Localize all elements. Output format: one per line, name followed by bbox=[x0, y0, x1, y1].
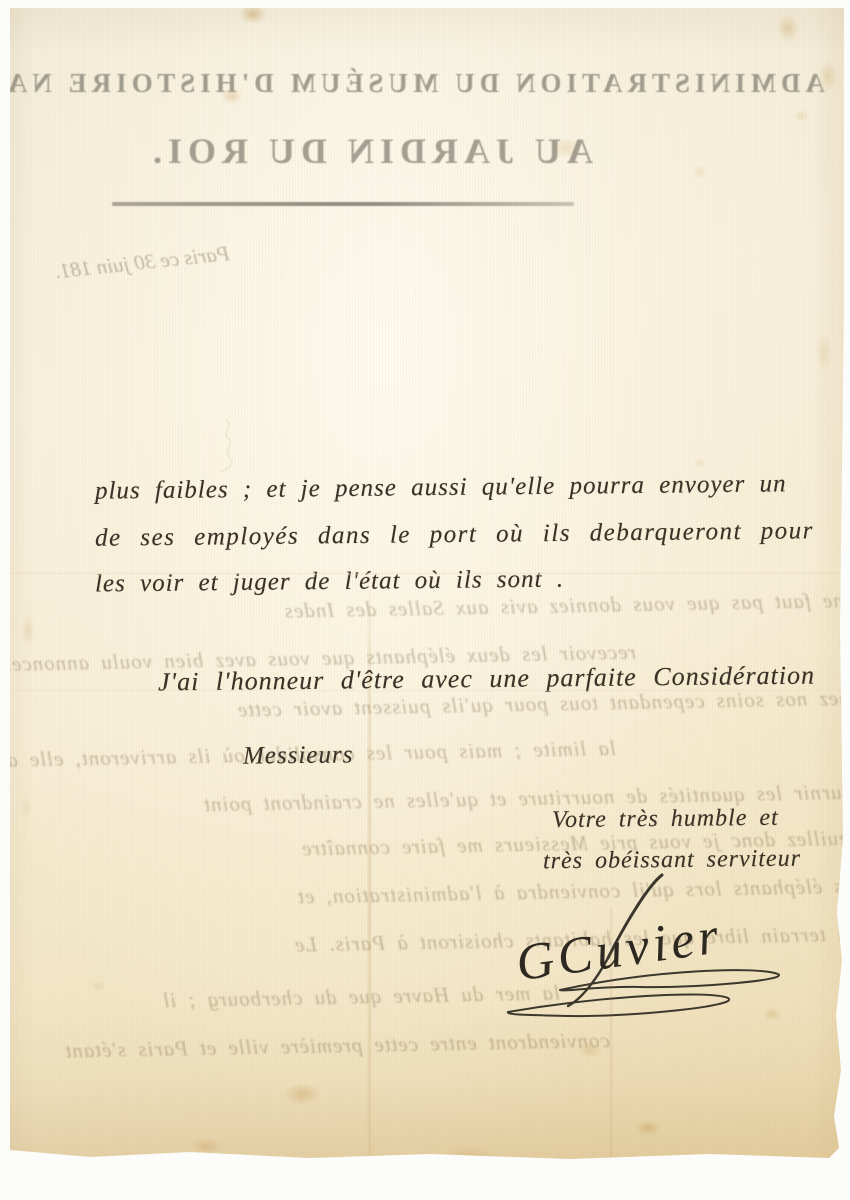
horizontal-fold-crease bbox=[10, 573, 844, 575]
horizontal-fold-crease bbox=[10, 690, 844, 692]
letterhead-line-2: AU JARDIN DU ROI. bbox=[140, 130, 600, 172]
dateline-bleedthrough: Paris ce 30 juin 181. bbox=[59, 241, 231, 284]
handwritten-line: plus faibles ; et je pense aussi qu'elle… bbox=[95, 470, 787, 505]
bleedthrough-line: conviendront entre cette première ville … bbox=[10, 1028, 610, 1065]
handwritten-line: de ses employés dans le port où ils deba… bbox=[95, 517, 814, 553]
bleedthrough-line: la mer du Havre que du cherbourg ; il bbox=[10, 981, 560, 1017]
valediction-line-1: Votre très humble et bbox=[552, 805, 779, 834]
salutation: Messieurs bbox=[243, 741, 354, 770]
letterhead-line-1: ADMINISTRATION DU MUSÉUM D'HISTOIRE NATU… bbox=[10, 68, 825, 99]
faint-ink-mark bbox=[206, 416, 246, 476]
letter-scan: ADMINISTRATION DU MUSÉUM D'HISTOIRE NATU… bbox=[0, 0, 850, 1200]
signature: GCuvier bbox=[490, 870, 820, 1030]
letterhead-rule bbox=[112, 202, 574, 206]
paper-sheet: ADMINISTRATION DU MUSÉUM D'HISTOIRE NATU… bbox=[10, 8, 844, 1160]
vertical-fold-crease bbox=[368, 563, 371, 1160]
handwritten-line: les voir et juger de l'état où ils sont … bbox=[95, 566, 564, 599]
vertical-fold-crease bbox=[610, 908, 612, 1160]
